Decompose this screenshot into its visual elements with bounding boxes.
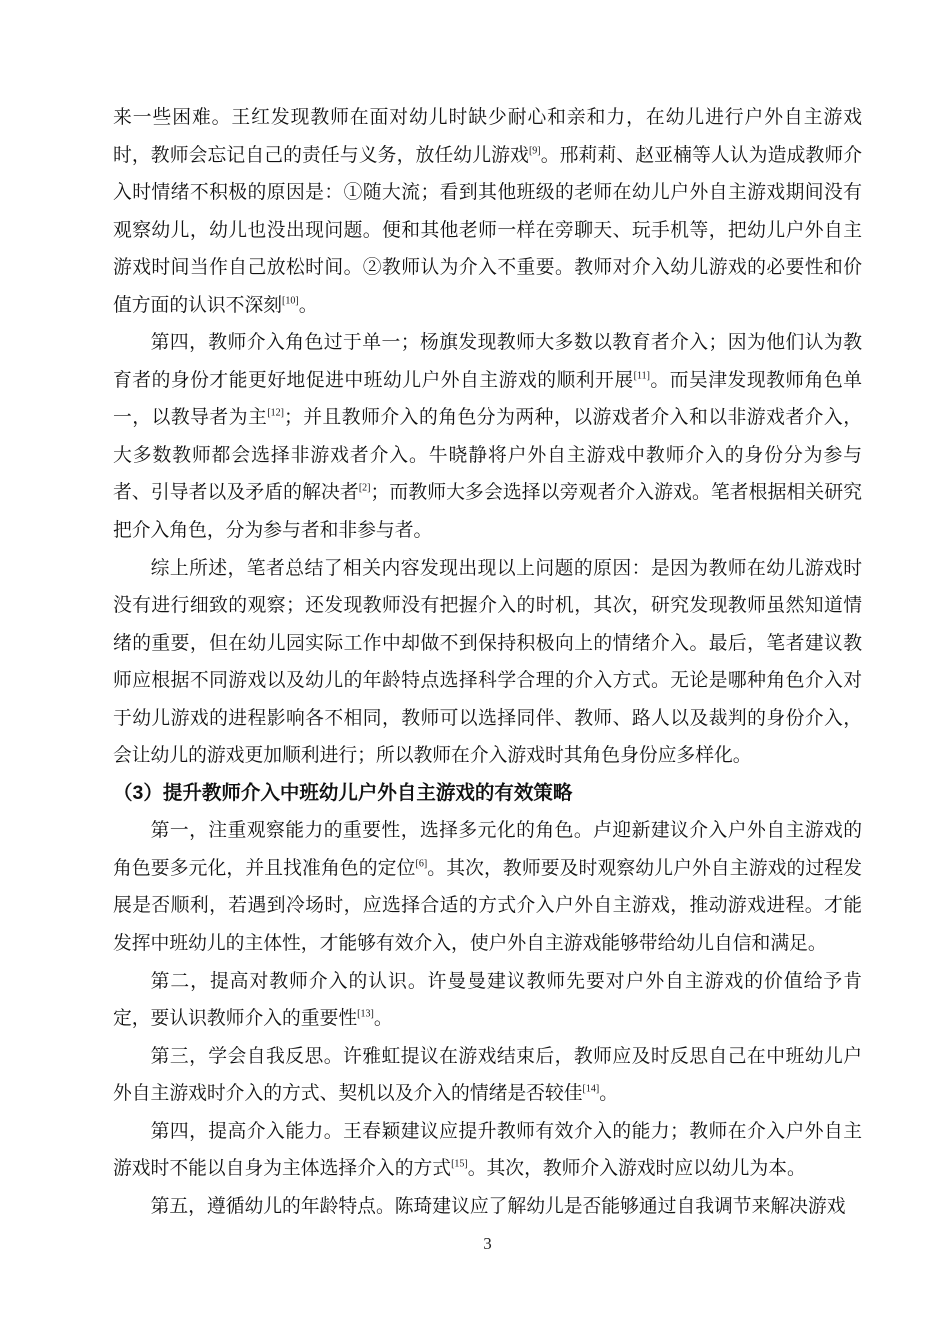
citation-superscript: [2] — [359, 483, 371, 494]
citation-superscript: [14] — [583, 1084, 600, 1095]
section-heading: （3）提升教师介入中班幼儿户外自主游戏的有效策略 — [113, 775, 862, 813]
page-number: 3 — [113, 1231, 862, 1257]
citation-superscript: [10] — [282, 295, 299, 306]
document-page: 来一些困难。王红发现教师在面对幼儿时缺少耐心和亲和力，在幼儿进行户外自主游戏时，… — [0, 0, 950, 1344]
citation-superscript: [6] — [416, 859, 428, 870]
paragraph: 综上所述，笔者总结了相关内容发现出现以上问题的原因：是因为教师在幼儿游戏时没有进… — [113, 550, 862, 775]
paragraph: 第三，学会自我反思。许雅虹提议在游戏结束后，教师应及时反思自己在中班幼儿户外自主… — [113, 1038, 862, 1113]
citation-superscript: [9] — [529, 145, 541, 156]
paragraph: 第五，遵循幼儿的年龄特点。陈琦建议应了解幼儿是否能够通过自我调节来解决游戏 — [113, 1188, 862, 1226]
paragraph: 第一，注重观察能力的重要性，选择多元化的角色。卢迎新建议介入户外自主游戏的角色要… — [113, 812, 862, 962]
citation-superscript: [15] — [451, 1159, 468, 1170]
paragraph: 第四，教师介入角色过于单一；杨旗发现教师大多数以教育者介入；因为他们认为教育者的… — [113, 324, 862, 549]
document-body: 来一些困难。王红发现教师在面对幼儿时缺少耐心和亲和力，在幼儿进行户外自主游戏时，… — [113, 99, 862, 1225]
paragraph: 来一些困难。王红发现教师在面对幼儿时缺少耐心和亲和力，在幼儿进行户外自主游戏时，… — [113, 99, 862, 324]
citation-superscript: [13] — [357, 1009, 374, 1020]
paragraph: 第四，提高介入能力。王春颖建议应提升教师有效介入的能力；教师在介入户外自主游戏时… — [113, 1113, 862, 1188]
paragraph: 第二，提高对教师介入的认识。许曼曼建议教师先要对户外自主游戏的价值给予肯定，要认… — [113, 963, 862, 1038]
citation-superscript: [12] — [267, 408, 284, 419]
citation-superscript: [11] — [634, 371, 650, 382]
